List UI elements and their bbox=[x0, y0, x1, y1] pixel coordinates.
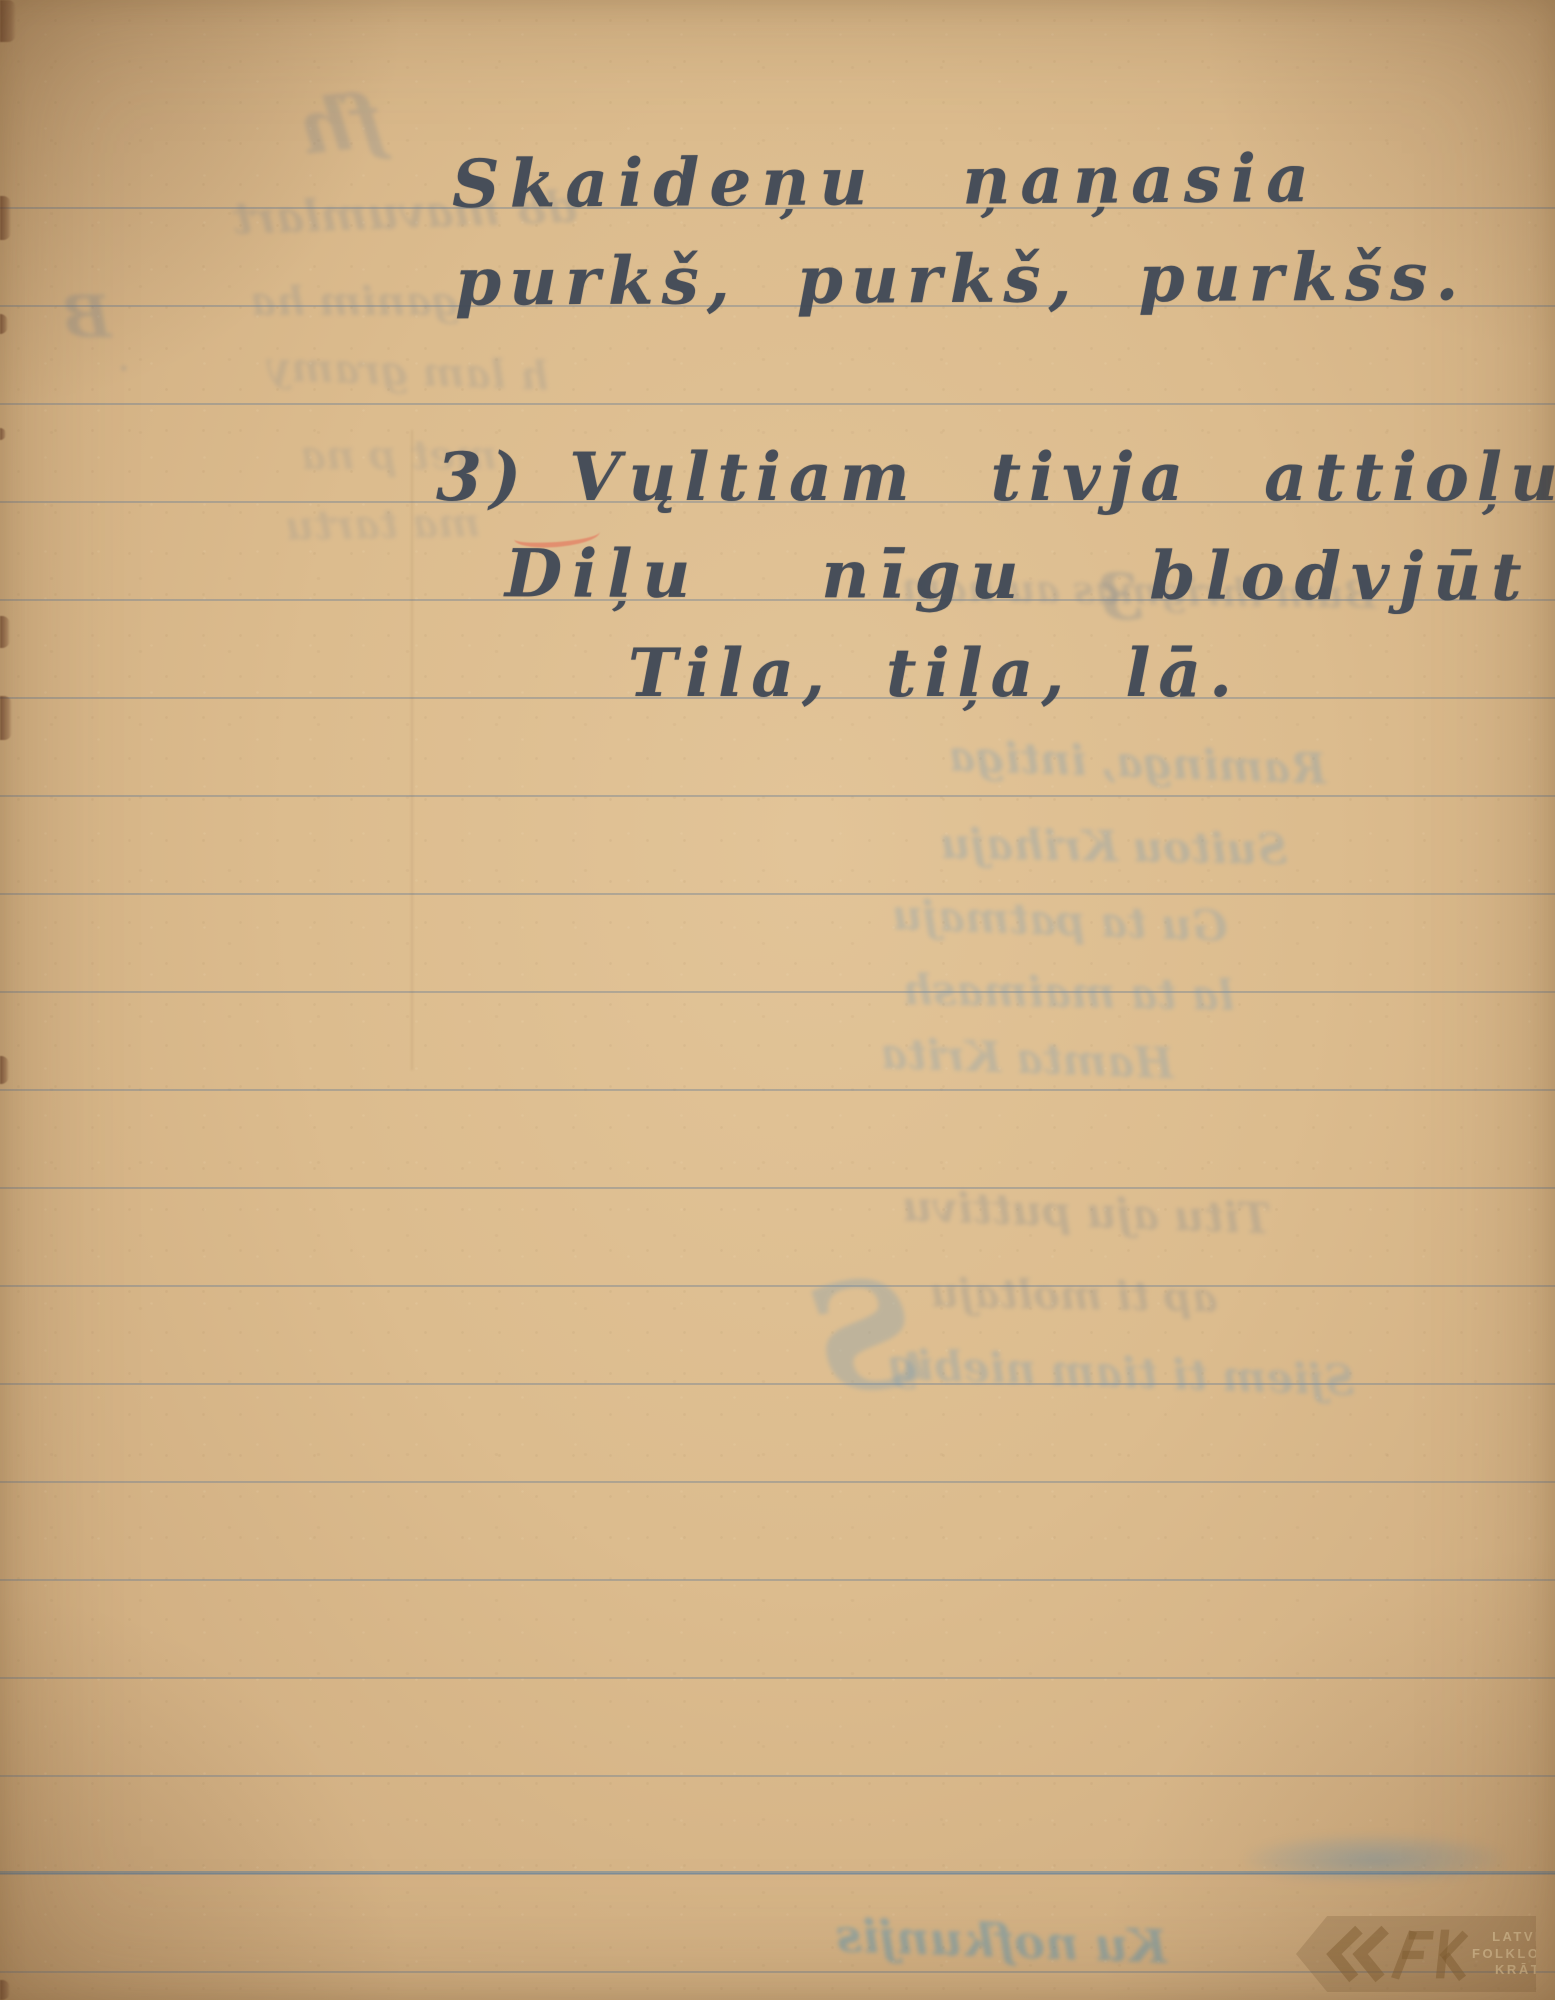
handwriting-refrain-line-2: purkš, purkš, purkšs. bbox=[455, 243, 1467, 314]
bleedthrough-segment: Gu ta patmaju bbox=[891, 894, 1228, 948]
bleedthrough-segment: Sjiem ti tiam niebig bbox=[887, 1344, 1355, 1402]
watermark-line-2: FOLKLORAS bbox=[1472, 1946, 1555, 1963]
handwriting-refrain-line-1: Skaideņu ņaņasia bbox=[452, 145, 1319, 217]
page-edge-mark bbox=[0, 1056, 9, 1084]
bleedthrough-segment: Hamta Krita bbox=[879, 1033, 1174, 1085]
bleedthrough-segment: Ku nofkunjis bbox=[835, 1912, 1168, 1970]
page-edge-mark bbox=[0, 0, 16, 42]
manuscript-page: fhd8 mavumlartganim hah lam gramymet p n… bbox=[0, 0, 1555, 2000]
archive-watermark-badge: LATVIEŠU FOLKLORAS KRĀTUVE bbox=[1296, 1916, 1536, 1992]
bleedthrough-segment: h lam gramy bbox=[267, 347, 549, 397]
bleedthrough-segment: . bbox=[120, 352, 128, 374]
handwriting-stanza-line-3: Tila, tiļa, lā. bbox=[628, 640, 1240, 706]
bleedthrough-segment: fh bbox=[294, 84, 387, 167]
bleedthrough-segment: ganim ha bbox=[250, 282, 459, 322]
bleedthrough-segment: S bbox=[802, 1255, 930, 1419]
stanza-number: 3) bbox=[436, 438, 529, 516]
page-edge-mark bbox=[0, 314, 8, 334]
watermark-text: LATVIEŠU FOLKLORAS KRĀTUVE bbox=[1472, 1929, 1555, 1980]
blue-ink-smudge bbox=[1245, 1834, 1505, 1880]
handwriting-stanza-line-2: Diļu nīgu blodvjūt bbox=[505, 540, 1532, 610]
stanza-text-1: Vųltiam tivja attioļusia bbox=[569, 438, 1555, 516]
page-edge-mark bbox=[0, 428, 6, 440]
bleedthrough-segment: la ta maimash bbox=[902, 969, 1235, 1017]
handwriting-stanza-line-1: 3)Vųltiam tivja attioļusia bbox=[436, 444, 1555, 510]
lfk-chevron-logo-icon bbox=[1322, 1924, 1472, 1984]
bleedthrough-segment: Raminga, intiga bbox=[947, 735, 1327, 790]
watermark-line-1: LATVIEŠU bbox=[1472, 1929, 1555, 1946]
page-edge-mark bbox=[0, 1980, 10, 2000]
page-edge-mark bbox=[0, 696, 12, 740]
bleedthrough-segment: B bbox=[62, 288, 111, 346]
bleedthrough-segment: Titu aju puttivu bbox=[901, 1186, 1271, 1241]
page-edge-mark bbox=[0, 196, 11, 240]
bleedthrough-segment: ap ti moltaju bbox=[930, 1273, 1218, 1318]
paper-crease bbox=[411, 430, 413, 1070]
bleedthrough-segment: Suitou Krihaju bbox=[940, 823, 1288, 871]
watermark-line-3: KRĀTUVE bbox=[1472, 1962, 1555, 1979]
page-edge-mark bbox=[0, 616, 10, 648]
strong-blue-rule bbox=[0, 1871, 1555, 1874]
